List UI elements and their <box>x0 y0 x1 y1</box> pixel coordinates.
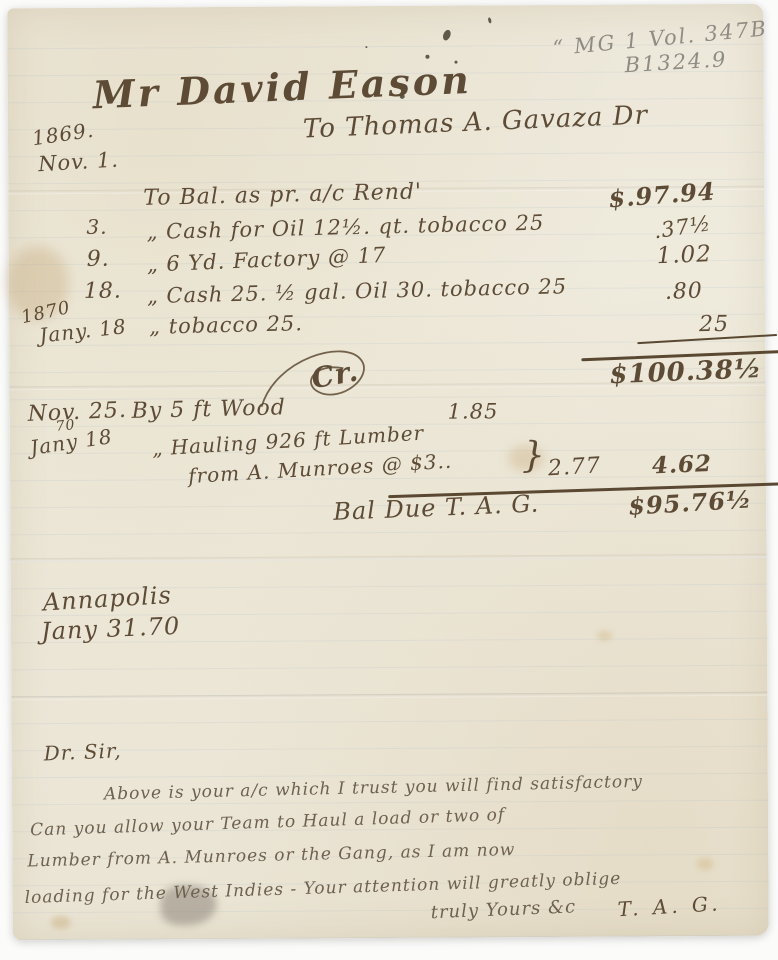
credit-amount: 4.62 <box>651 450 712 479</box>
ink-blot <box>365 46 367 48</box>
document-paper: “ MG 1 Vol. 347B B1324.9 Mr David Eason … <box>7 4 769 941</box>
credit-amount: 1.85 <box>448 399 499 423</box>
letter-salutation: Dr. Sir, <box>43 738 122 765</box>
debit-date: 3. <box>86 215 107 239</box>
paper-stain <box>51 916 71 929</box>
debit-date: 9. <box>87 247 110 272</box>
debit-amount: 25 <box>699 312 729 337</box>
paper-stain <box>597 631 612 641</box>
credit-amount-partial: 2.77 <box>547 453 601 481</box>
debit-date: 18. <box>84 279 122 304</box>
debit-desc: „ tobacco 25. <box>149 311 303 339</box>
debit-amount: .80 <box>664 278 703 305</box>
scan-background: “ MG 1 Vol. 347B B1324.9 Mr David Eason … <box>0 0 778 960</box>
debit-date: Nov. 1. <box>37 148 119 177</box>
paper-stain <box>696 858 713 870</box>
credit-date: Nov. 25. <box>27 398 127 427</box>
brace-glyph: } <box>522 435 546 476</box>
credit-desc: By 5 ft Wood <box>131 395 286 424</box>
letter-date: Jany 31.70 <box>40 612 180 646</box>
debit-amount: 1.02 <box>656 241 712 269</box>
debit-total: $100.38½ <box>609 354 763 390</box>
